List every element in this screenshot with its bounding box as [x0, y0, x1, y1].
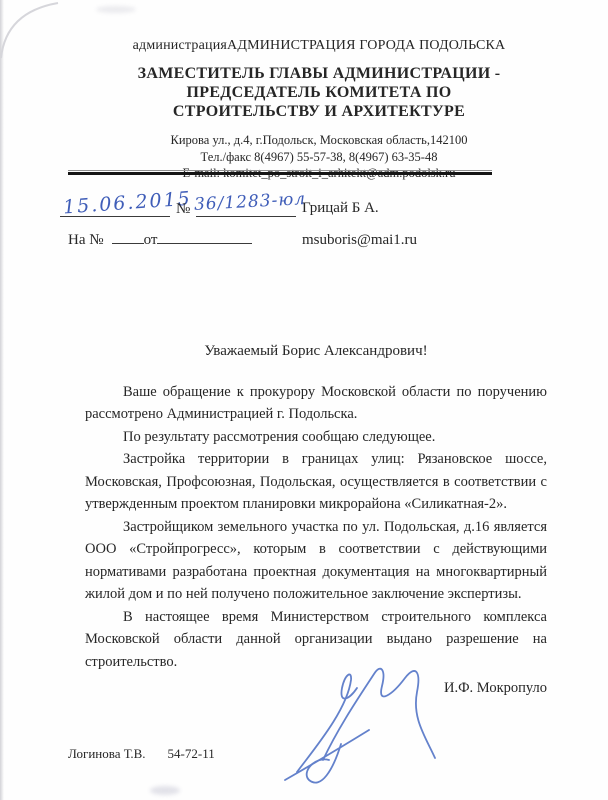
department-title-line3: СТРОИТЕЛЬСТВУ И АРХИТЕКТУРЕ — [80, 102, 558, 121]
scan-left-edge — [0, 0, 4, 800]
department-title-line1: ЗАМЕСТИТЕЛЬ ГЛАВЫ АДМИНИСТРАЦИИ - — [80, 64, 558, 83]
reply-date-blank — [157, 230, 252, 244]
reply-reference-row: На №от — [68, 230, 252, 249]
executor-phone: 54-72-11 — [168, 746, 215, 761]
paragraph-2: По результату рассмотрения сообщаю следу… — [85, 426, 547, 449]
reply-from-label: от — [144, 232, 158, 248]
reply-number-blank — [112, 230, 144, 244]
addressee-name: Грицай Б А. — [302, 200, 379, 217]
executor-name: Логинова Т.В. — [68, 746, 146, 761]
department-title-line2: ПРЕДСЕДАТЕЛЬ КОМИТЕТА ПО — [80, 83, 558, 102]
executor-row: Логинова Т.В.54-72-11 — [68, 746, 215, 762]
scan-corner-curve — [0, 0, 70, 70]
addressee-email: msuboris@mai1.ru — [302, 232, 417, 249]
signature-ink — [265, 648, 465, 798]
letter-body: Уважаемый Борис Александрович! Ваше обра… — [85, 340, 547, 700]
number-sign: № — [176, 201, 190, 218]
department-title: ЗАМЕСТИТЕЛЬ ГЛАВЫ АДМИНИСТРАЦИИ - ПРЕДСЕ… — [80, 64, 558, 121]
phone-fax: Тел./факс 8(4967) 55-57-38, 8(4967) 63-3… — [80, 149, 558, 166]
reply-label: На № — [68, 232, 104, 248]
letterhead: администрацияАДМИНИСТРАЦИЯ ГОРОДА ПОДОЛЬ… — [80, 38, 558, 182]
salutation: Уважаемый Борис Александрович! — [85, 340, 547, 363]
paragraph-1: Ваше обращение к прокурору Московской об… — [85, 381, 547, 426]
scan-smudge-bottom — [150, 786, 180, 795]
organization-line: администрацияАДМИНИСТРАЦИЯ ГОРОДА ПОДОЛЬ… — [80, 38, 558, 54]
scan-smudge-top — [96, 6, 136, 13]
paragraph-3: Застройка территории в границах улиц: Ря… — [85, 448, 547, 516]
paragraph-4: Застройщиком земельного участка по ул. П… — [85, 516, 547, 606]
letterhead-divider — [68, 170, 492, 175]
scanned-letter-page: администрацияАДМИНИСТРАЦИЯ ГОРОДА ПОДОЛЬ… — [0, 0, 608, 800]
handwritten-date: 15.06.2015 — [62, 188, 192, 219]
postal-address: Кирова ул., д.4, г.Подольск, Московская … — [80, 132, 558, 149]
